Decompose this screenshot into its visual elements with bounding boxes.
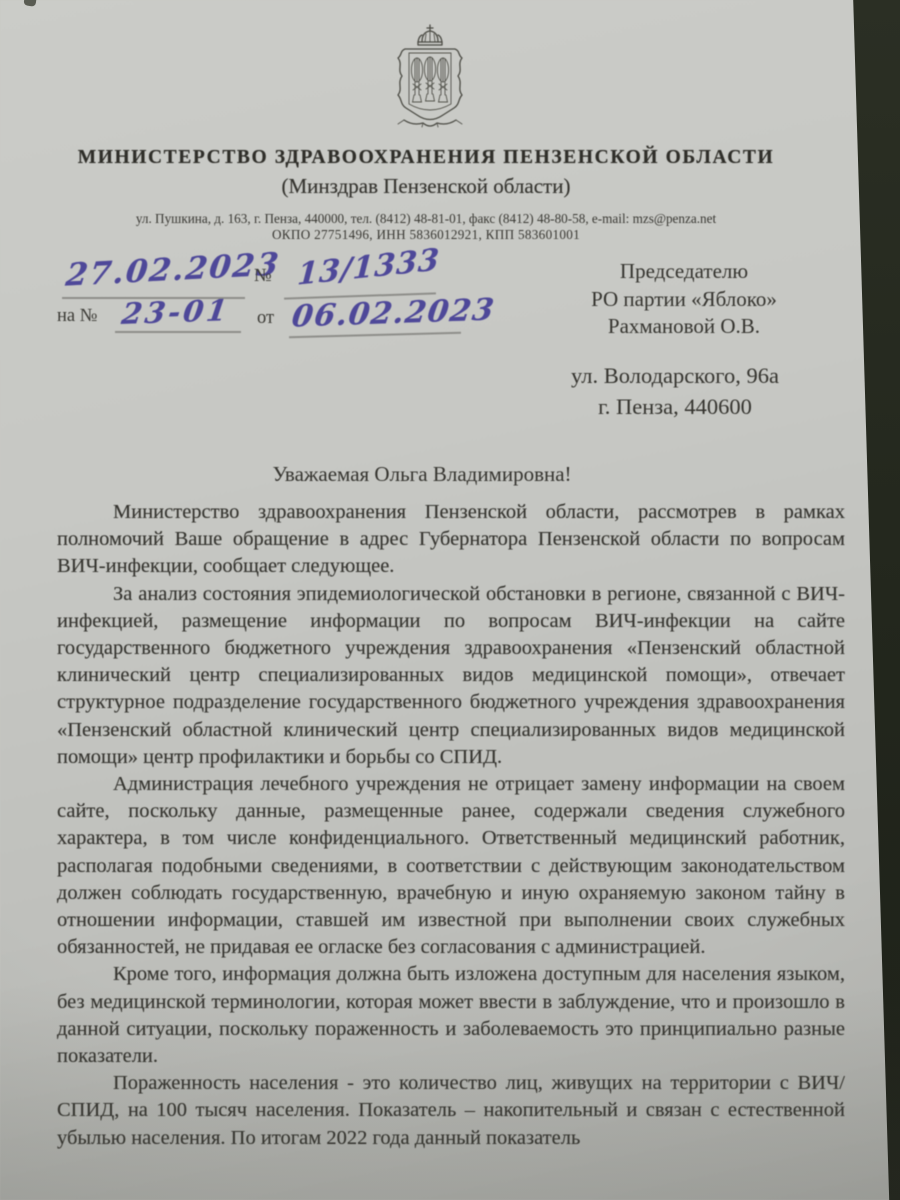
penza-coat-of-arms-icon — [385, 24, 475, 132]
outgoing-number-handwritten: 13/1333 — [296, 242, 441, 292]
addressee-address-line: г. Пенза, 440600 — [520, 391, 830, 422]
letter-sheet: МИНИСТЕРСТВО ЗДРАВООХРАНЕНИЯ ПЕНЗЕНСКОЙ … — [0, 0, 900, 1200]
photo-of-letter: МИНИСТЕРСТВО ЗДРАВООХРАНЕНИЯ ПЕНЗЕНСКОЙ … — [0, 0, 900, 1200]
addressee-line: РО партии «Яблоко» — [538, 286, 830, 314]
addressee-address-line: ул. Володарского, 96а — [520, 360, 830, 391]
addressee-address-block: ул. Володарского, 96а г. Пенза, 440600 — [520, 360, 830, 422]
incoming-date-label: от — [257, 308, 274, 329]
addressee-block: Председателю РО партии «Яблоко» Рахманов… — [538, 258, 830, 341]
incoming-number-handwritten: 23-01 — [120, 293, 232, 331]
incoming-ref-label: на № — [57, 306, 97, 327]
salutation: Уважаемая Ольга Владимировна! — [0, 462, 844, 487]
outgoing-date-handwritten: 27.02.2023 — [64, 246, 282, 293]
addressee-line: Рахмановой О.В. — [538, 313, 830, 341]
codes-line: ОКПО 27751496, ИНН 5836012921, КПП 58360… — [0, 227, 852, 243]
incoming-date-handwritten: 06.02.2023 — [290, 292, 498, 334]
body-paragraph: Администрация лечебного учреждения не от… — [57, 771, 845, 961]
ministry-name: МИНИСТЕРСТВО ЗДРАВООХРАНЕНИЯ ПЕНЗЕНСКОЙ … — [0, 147, 852, 169]
ministry-short-name: (Минздрав Пензенской области) — [0, 174, 852, 199]
body-paragraph: Пораженность населения - это количество … — [57, 1070, 845, 1152]
addressee-line: Председателю — [538, 258, 830, 286]
letter-body: Министерство здравоохранения Пензенской … — [57, 499, 845, 1152]
contact-line: ул. Пушкина, д. 163, г. Пенза, 440000, т… — [0, 211, 852, 227]
body-paragraph: Министерство здравоохранения Пензенской … — [57, 499, 845, 581]
outgoing-number-label: № — [254, 266, 272, 287]
field-underline — [115, 331, 241, 333]
body-paragraph: За анализ состояния эпидемиологической о… — [57, 581, 845, 771]
body-paragraph: Кроме того, информация должна быть излож… — [57, 961, 845, 1070]
